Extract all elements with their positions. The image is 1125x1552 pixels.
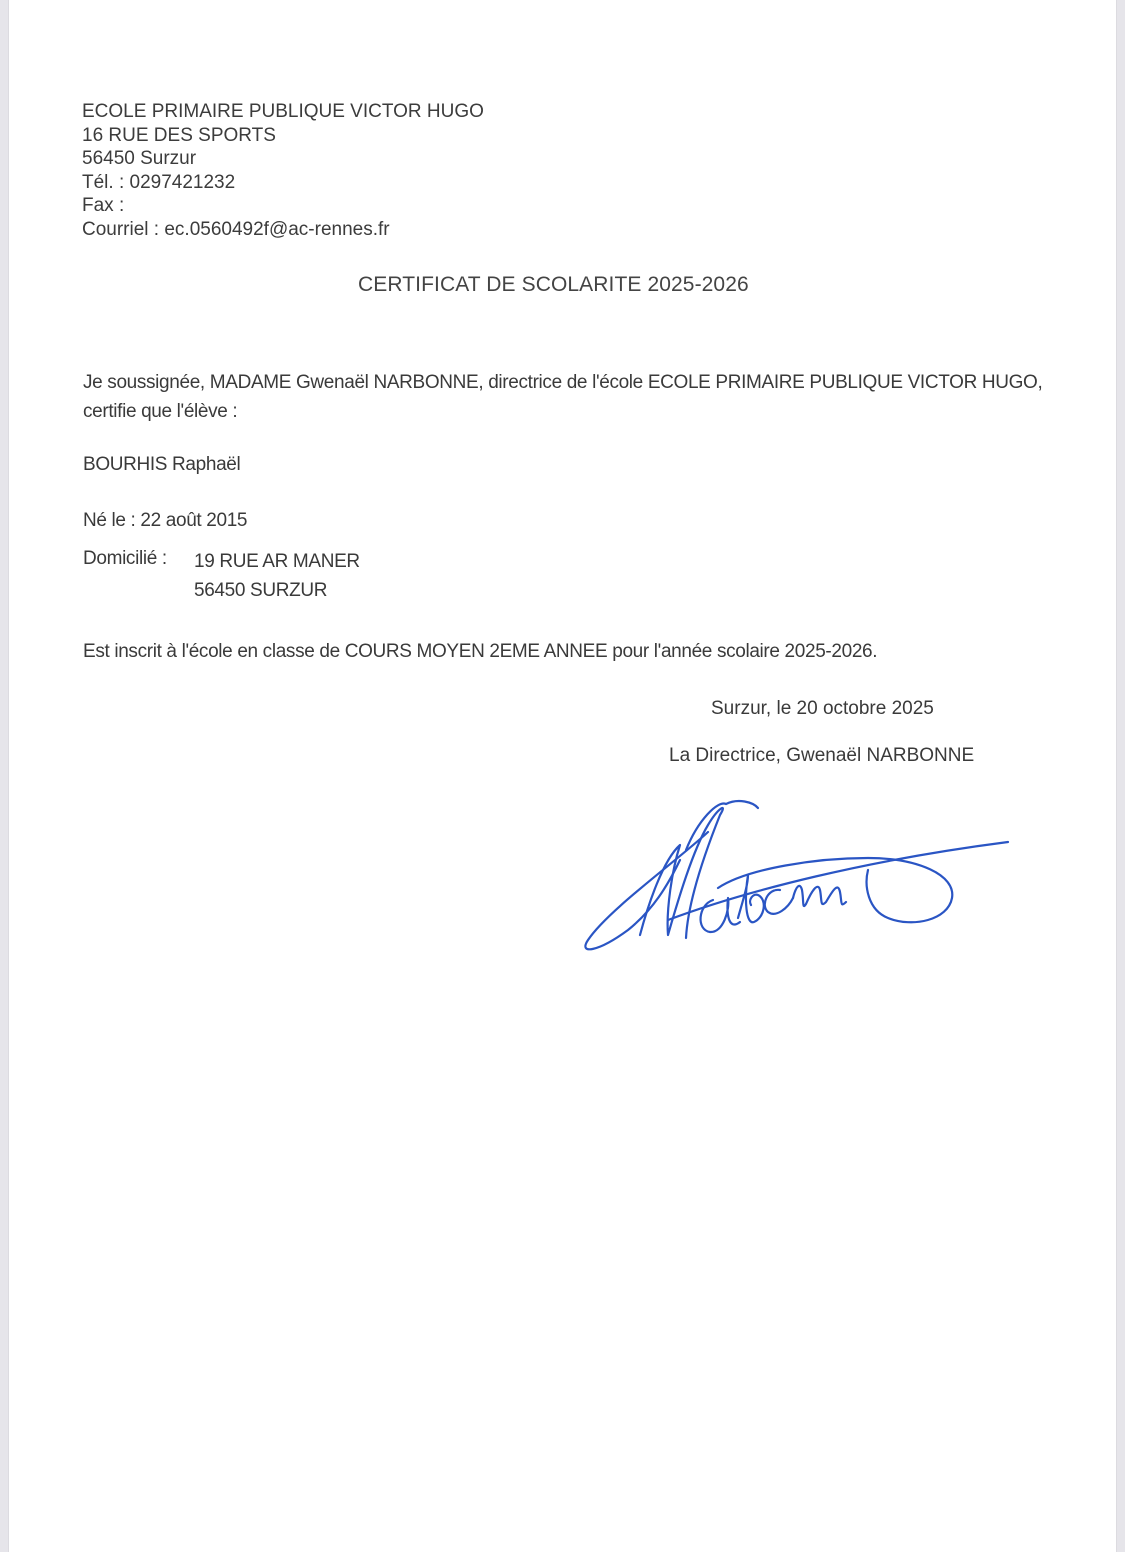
domicile-label: Domicilié : (83, 548, 167, 570)
birth-date: Né le : 22 août 2015 (83, 510, 247, 532)
school-fax: Fax : (82, 194, 484, 218)
school-city: 56450 Surzur (82, 147, 484, 171)
school-street: 16 RUE DES SPORTS (82, 124, 484, 148)
signatory: La Directrice, Gwenaël NARBONNE (669, 745, 974, 767)
place-and-date: Surzur, le 20 octobre 2025 (711, 698, 934, 720)
domicile-address-line1: 19 RUE AR MANER (194, 548, 360, 577)
school-email: Courriel : ec.0560492f@ac-rennes.fr (82, 218, 484, 242)
intro-paragraph: Je soussignée, MADAME Gwenaël NARBONNE, … (83, 369, 1058, 426)
domicile-address: 19 RUE AR MANER 56450 SURZUR (194, 548, 360, 605)
handwritten-signature (568, 790, 1018, 965)
domicile-address-line2: 56450 SURZUR (194, 577, 360, 606)
student-name: BOURHIS Raphaël (83, 454, 240, 476)
enrolment-statement: Est inscrit à l'école en classe de COURS… (83, 641, 877, 663)
school-name: ECOLE PRIMAIRE PUBLIQUE VICTOR HUGO (82, 100, 484, 124)
document-page: ECOLE PRIMAIRE PUBLIQUE VICTOR HUGO 16 R… (8, 0, 1117, 1552)
school-header: ECOLE PRIMAIRE PUBLIQUE VICTOR HUGO 16 R… (82, 100, 484, 242)
document-title: CERTIFICAT DE SCOLARITE 2025-2026 (358, 273, 749, 297)
school-phone: Tél. : 0297421232 (82, 171, 484, 195)
